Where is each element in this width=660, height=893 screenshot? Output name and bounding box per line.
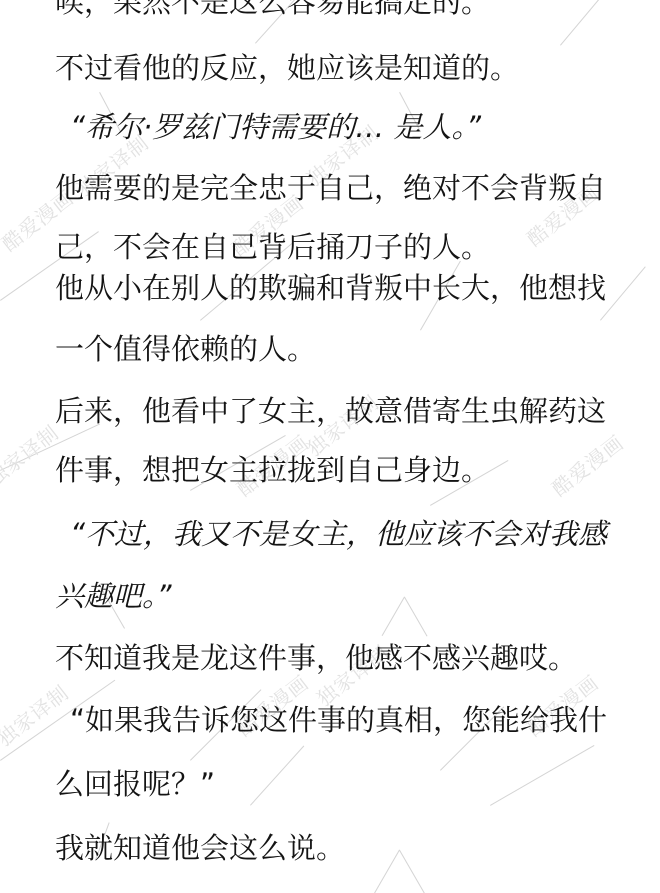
document-body: 唉，果然不是这么容易能搞定的。 不过看他的反应，她应该是知道的。 “希尔·罗兹门… xyxy=(0,0,660,893)
text-line: “如果我告诉您这件事的真相，您能给我什 xyxy=(70,702,607,738)
text-line: 己，不会在自己背后捅刀子的人。 xyxy=(55,229,490,265)
text-line: 么回报呢？” xyxy=(55,766,215,802)
text-line: “希尔·罗兹门特需要的… 是人。” xyxy=(70,109,481,145)
text-line: 兴趣吧。” xyxy=(55,578,172,614)
text-line: 不过看他的反应，她应该是知道的。 xyxy=(55,50,519,86)
text-line: 件事，想把女主拉拢到自己身边。 xyxy=(55,452,490,488)
text-line: 唉，果然不是这么容易能搞定的。 xyxy=(55,0,490,20)
text-line: 一个值得依赖的人。 xyxy=(55,331,316,367)
text-line: 他从小在别人的欺骗和背叛中长大，他想找 xyxy=(55,270,606,306)
text-line: 我就知道他会这么说。 xyxy=(55,830,345,866)
text-line: 后来，他看中了女主，故意借寄生虫解药这 xyxy=(55,393,606,429)
text-line: 他需要的是完全忠于自己，绝对不会背叛自 xyxy=(55,170,606,206)
text-line: “不过，我又不是女主，他应该不会对我感 xyxy=(70,516,607,552)
text-line: 不知道我是龙这件事，他感不感兴趣哎。 xyxy=(55,640,577,676)
